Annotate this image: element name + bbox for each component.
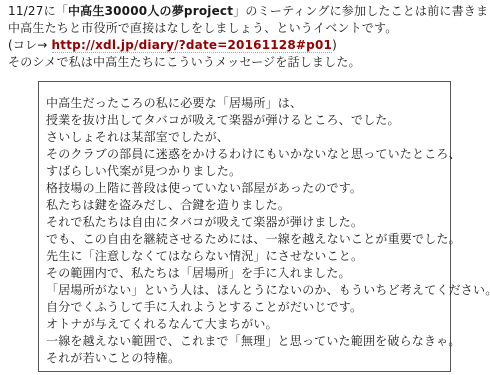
project-title: 中高生30000人の夢project xyxy=(68,4,233,18)
message-box: 中高生だったころの私に必要な「居場所」は、 授業を抜け出してタバコが吸えて楽器が… xyxy=(38,81,451,372)
intro-line-4: そのシメで私は中高生たちにこういうメッセージを話しました。 xyxy=(8,54,490,71)
message-line: その範囲内で、私たちは「居場所」を手に入れました。 xyxy=(46,265,443,282)
message-line: 一線を越えない範囲で、これまで「無理」と思っていた範囲を破らなきゃ。 xyxy=(46,333,443,350)
message-line: 格技場の上階に普段は使っていない部屋があったのです。 xyxy=(46,180,443,197)
intro-line1-prefix: 11/27に「 xyxy=(8,4,68,18)
message-line: 中高生だったころの私に必要な「居場所」は、 xyxy=(46,95,443,112)
message-line: 先生に「注意しなくてはならない情況」にさせないこと。 xyxy=(46,248,443,265)
intro-line1-suffix: 」のミーティングに参加したことは前に書きました。 xyxy=(233,4,490,18)
message-line: でも、この自由を継続させるためには、一線を越えないことが重要でした。 xyxy=(46,231,443,248)
intro-line-1: 11/27に「中高生30000人の夢project」のミーティングに参加したこと… xyxy=(8,3,490,20)
intro-line-3: (コレ→http://xdl.jp/diary/?date=20161128#p… xyxy=(8,37,490,54)
message-line: すばらしい代案が見つかりました。 xyxy=(46,163,443,180)
intro-line-2: 中高生たちと市役所で直接はなしをしましょう、というイベントです。 xyxy=(8,20,490,37)
message-line: さいしょそれは某部室でしたが、 xyxy=(46,129,443,146)
message-line: それで私たちは自由にタバコが吸えて楽器が弾けました。 xyxy=(46,214,443,231)
message-line: 自分でくふうして手に入れようとすることがだいじです。 xyxy=(46,299,443,316)
message-line: それが若いことの特権。 xyxy=(46,350,443,367)
message-line: 私たちは鍵を盗みだし、合鍵を造りました。 xyxy=(46,197,443,214)
diary-entry-page: 11/27に「中高生30000人の夢project」のミーティングに参加したこと… xyxy=(0,0,490,375)
message-line: 「居場所がない」という人は、ほんとうにないのか、もういちど考えてください。 xyxy=(46,282,443,299)
message-line: 授業を抜け出してタバコが吸えて楽器が弾けるところ、でした。 xyxy=(46,112,443,129)
message-line: オトナが与えてくれるなんて大まちがい。 xyxy=(46,316,443,333)
message-line: そのクラブの部員に迷惑をかけるわけにもいかないなと思っていたところ、 xyxy=(46,146,443,163)
link-prefix: (コレ→ xyxy=(8,38,48,52)
diary-link[interactable]: http://xdl.jp/diary/?date=20161128#p01 xyxy=(52,38,333,53)
link-suffix: ) xyxy=(332,38,337,52)
